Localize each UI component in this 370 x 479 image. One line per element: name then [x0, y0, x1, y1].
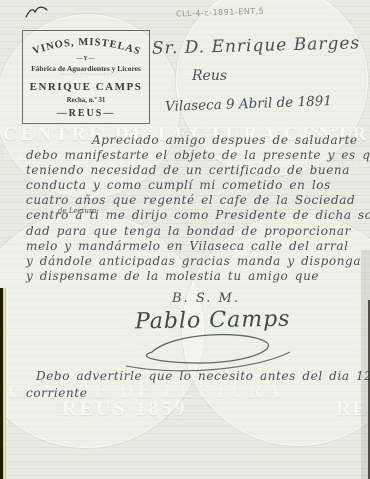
letterhead-street: Recha, n.º 31: [23, 96, 149, 104]
letterhead-product-line: VINOS, MISTELAS: [31, 37, 142, 57]
svg-text:VINOS, MISTELAS: VINOS, MISTELAS: [31, 37, 142, 57]
letterhead-divider: ··················: [23, 73, 149, 78]
letter-line: y dándole anticipadas gracias manda y di…: [26, 254, 362, 269]
letter-line: dad para que tenga la bondad de proporci…: [26, 224, 362, 239]
letterhead-arched-title: VINOS, MISTELAS: [24, 31, 148, 57]
scanned-letter-page: CENTRE DE LECTURA CENTRE D REUS 1859 CEN…: [0, 0, 370, 479]
watermark-year-bottom: REUS 1859: [62, 398, 187, 421]
letterhead-conjunction: —Y—: [23, 56, 149, 62]
letter-line: melo y mandármelo en Vilaseca calle del …: [26, 239, 362, 254]
signature-rubric-flourish: [118, 326, 298, 372]
interlinear-insertion: de Lectura: [58, 207, 96, 215]
recipient-city: Reus: [192, 68, 227, 84]
letter-line: Apreciado amigo despues de saludarte: [26, 133, 362, 148]
postscript-line: corriente: [26, 386, 87, 400]
closing-formula: B. S. M.: [172, 291, 240, 306]
letter-line: teniendo necesidad de un certificado de …: [26, 163, 362, 178]
letterhead-box: VINOS, MISTELAS —Y— Fábrica de Aguardien…: [22, 30, 150, 124]
pen-mark-icon: [24, 5, 50, 21]
letter-line: y dispensame de la molestia tu amigo que: [26, 269, 362, 284]
postscript-line: Debo advertirle que lo necesito antes de…: [36, 369, 370, 383]
letterhead-city: —REUS—: [23, 108, 149, 119]
letter-line: conducta y como cumplí mi cometido en lo…: [26, 178, 362, 193]
letter-line: debo manifestarte el objeto de la presen…: [26, 148, 362, 163]
scan-edge-yellow: [3, 288, 6, 479]
letterhead-owner-name: ENRIQUE CAMPS: [23, 81, 149, 93]
